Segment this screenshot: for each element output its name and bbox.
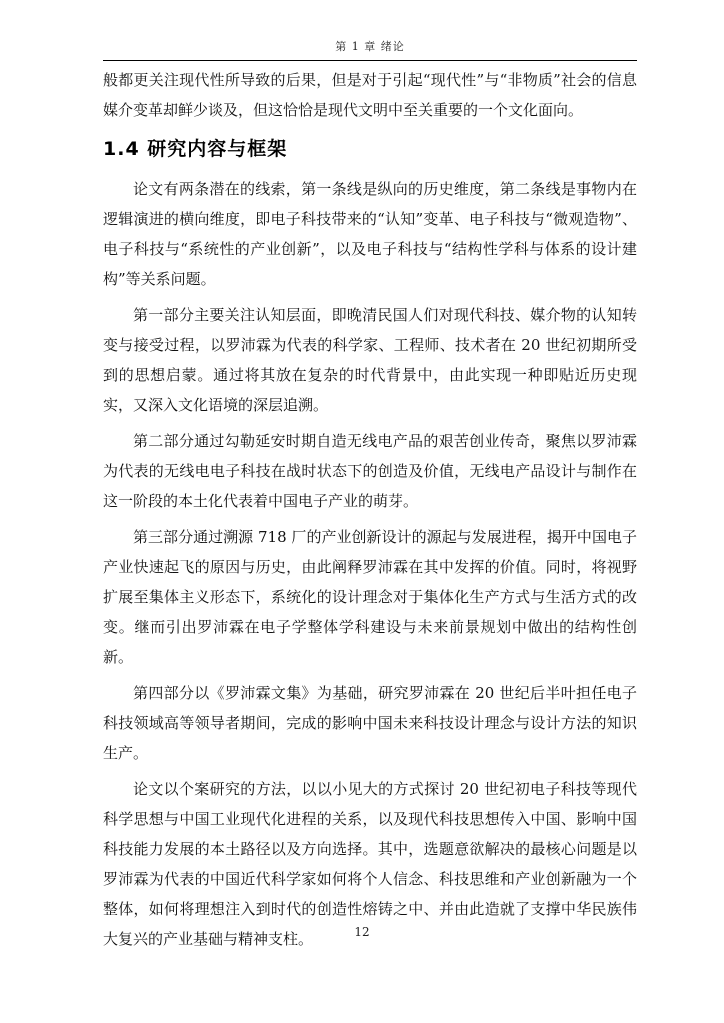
paragraph: 第四部分以《罗沛霖文集》为基础，研究罗沛霖在 20 世纪后半叶担任电子科技领域高… bbox=[103, 678, 637, 768]
page-number: 12 bbox=[0, 925, 724, 939]
paragraph-continuation: 般都更关注现代性所导致的后果，但是对于引起“现代性”与“非物质”社会的信息媒介变… bbox=[103, 65, 637, 125]
running-header: 第 1 章 绪论 bbox=[103, 38, 637, 61]
document-page: 第 1 章 绪论 般都更关注现代性所导致的后果，但是对于引起“现代性”与“非物质… bbox=[0, 0, 724, 1023]
paragraph: 论文有两条潜在的线索，第一条线是纵向的历史维度，第二条线是事物内在逻辑演进的横向… bbox=[103, 174, 637, 294]
chapter-header-label: 第 1 章 绪论 bbox=[335, 40, 405, 53]
text-block: 第 1 章 绪论 般都更关注现代性所导致的后果，但是对于引起“现代性”与“非物质… bbox=[103, 38, 637, 960]
paragraph: 第一部分主要关注认知层面，即晚清民国人们对现代科技、媒介物的认知转变与接受过程，… bbox=[103, 300, 637, 420]
body-text: 般都更关注现代性所导致的后果，但是对于引起“现代性”与“非物质”社会的信息媒介变… bbox=[103, 65, 637, 954]
paragraph: 第二部分通过勾勒延安时期自造无线电产品的艰苦创业传奇，聚焦以罗沛霖为代表的无线电… bbox=[103, 426, 637, 516]
section-heading: 1.4 研究内容与框架 bbox=[103, 134, 637, 164]
paragraph: 第三部分通过溯源 718 厂的产业创新设计的源起与发展进程，揭开中国电子产业快速… bbox=[103, 522, 637, 672]
